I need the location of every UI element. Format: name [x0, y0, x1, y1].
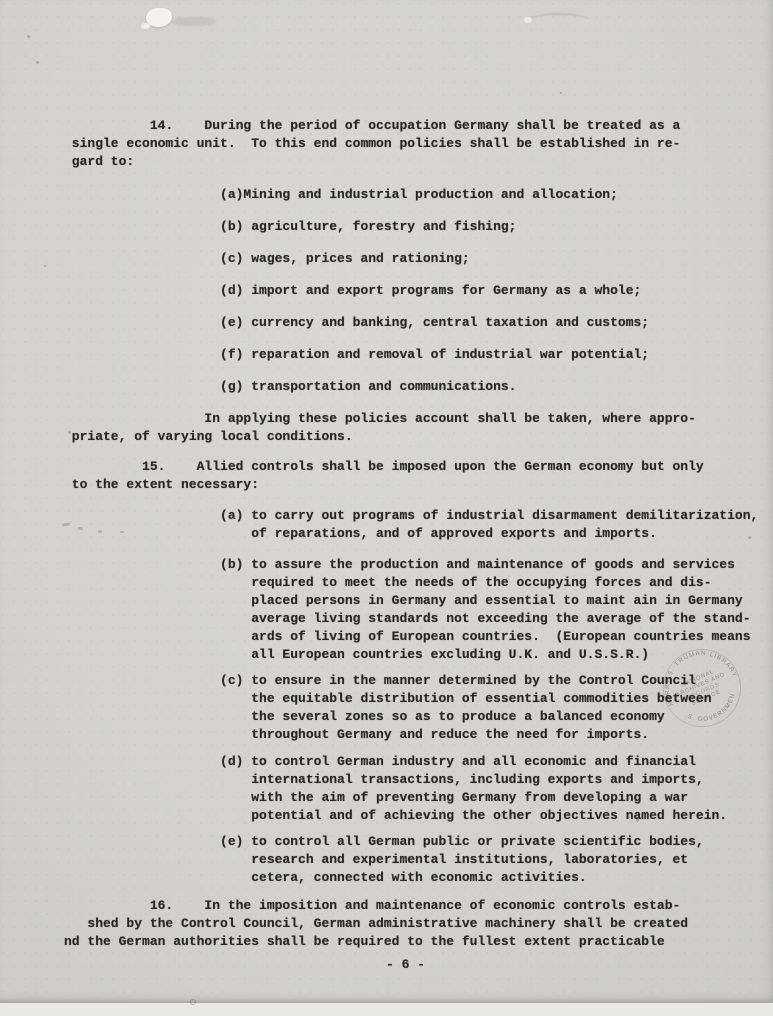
text-line: average living standards not exceeding t… — [64, 610, 758, 628]
ink-speck — [190, 999, 196, 1005]
text-line: cetera, connected with economic activiti… — [64, 869, 758, 887]
text-line: (c) wages, prices and rationing; — [64, 250, 758, 268]
text-line: the equitable distribution of essential … — [64, 690, 758, 708]
item-15b: (b) to assure the production and mainten… — [64, 556, 758, 664]
text-line: the several zones so as to produce a bal… — [64, 708, 758, 726]
list-item-f: (f) reparation and removal of industrial… — [64, 346, 758, 364]
text-line: all European countries excluding U.K. an… — [64, 646, 758, 664]
paragraph-applying-policies: In applying these policies account shall… — [64, 410, 758, 446]
text-line: international transactions, including ex… — [64, 771, 758, 789]
list-item-c: (c) wages, prices and rationing; — [64, 250, 758, 268]
text-line: placed persons in Germany and essential … — [64, 592, 758, 610]
text-line: (d) to control German industry and all e… — [64, 753, 758, 771]
page-number: - 6 - — [386, 957, 425, 972]
text-line: gard to: — [64, 153, 758, 171]
text-line: 15. Allied controls shall be imposed upo… — [64, 458, 758, 476]
smudge-mark — [528, 13, 590, 29]
text-line: to the extent necessary: — [64, 476, 758, 494]
text-line: priate, of varying local conditions. — [64, 428, 758, 446]
list-item-b: (b) agriculture, forestry and fishing; — [64, 218, 758, 236]
list-item-e: (e) currency and banking, central taxati… — [64, 314, 758, 332]
text-line: (b) to assure the production and mainten… — [64, 556, 758, 574]
text-line: ards of living of European countries. (E… — [64, 628, 758, 646]
paper-tear-mark — [141, 23, 150, 29]
item-15a: (a) to carry out programs of industrial … — [64, 507, 758, 543]
text-line: nd the German authorities shall be requi… — [64, 933, 758, 951]
text-line: single economic unit. To this end common… — [64, 135, 758, 153]
item-15d: (d) to control German industry and all e… — [64, 753, 758, 825]
text-line: In applying these policies account shall… — [64, 410, 758, 428]
text-line: of reparations, and of approved exports … — [64, 525, 758, 543]
text-line: (b) agriculture, forestry and fishing; — [64, 218, 758, 236]
item-15e: (e) to control all German public or priv… — [64, 833, 758, 887]
paper-tear-mark — [524, 17, 532, 23]
ink-speck — [560, 92, 562, 94]
text-line: research and experimental institutions, … — [64, 851, 758, 869]
text-line: potential and of achieving the other obj… — [64, 807, 758, 825]
text-line: (e) currency and banking, central taxati… — [64, 314, 758, 332]
text-line: (a)Mining and industrial production and … — [64, 186, 758, 204]
document-page: 14. During the period of occupation Germ… — [0, 0, 773, 1003]
text-line: required to meet the needs of the occupy… — [64, 574, 758, 592]
paragraph-16: 16. In the imposition and maintenance of… — [64, 897, 758, 951]
text-line: throughout Germany and reduce the need f… — [64, 726, 758, 744]
text-line: with the aim of preventing Germany from … — [64, 789, 758, 807]
text-line: (d) import and export programs for Germa… — [64, 282, 758, 300]
text-line: 14. During the period of occupation Germ… — [64, 117, 758, 135]
list-item-g: (g) transportation and communications. — [64, 378, 758, 396]
paragraph-15: 15. Allied controls shall be imposed upo… — [64, 458, 758, 494]
list-item-d: (d) import and export programs for Germa… — [64, 282, 758, 300]
text-line: (e) to control all German public or priv… — [64, 833, 758, 851]
paragraph-14: 14. During the period of occupation Germ… — [64, 117, 758, 171]
text-line: (g) transportation and communications. — [64, 378, 758, 396]
text-line: 16. In the imposition and maintenance of… — [64, 897, 758, 915]
ink-speck — [36, 61, 39, 64]
item-15c: (c) to ensure in the manner determined b… — [64, 672, 758, 744]
ink-speck — [44, 265, 46, 267]
ink-speck — [27, 35, 30, 38]
text-line: shed by the Control Council, German admi… — [64, 915, 758, 933]
text-line: (f) reparation and removal of industrial… — [64, 346, 758, 364]
text-line: (a) to carry out programs of industrial … — [64, 507, 758, 525]
smudge-mark — [172, 17, 216, 26]
document-text: 14. During the period of occupation Germ… — [64, 117, 758, 951]
list-item-a: (a)Mining and industrial production and … — [64, 186, 758, 204]
paper-tear-mark — [146, 8, 172, 27]
